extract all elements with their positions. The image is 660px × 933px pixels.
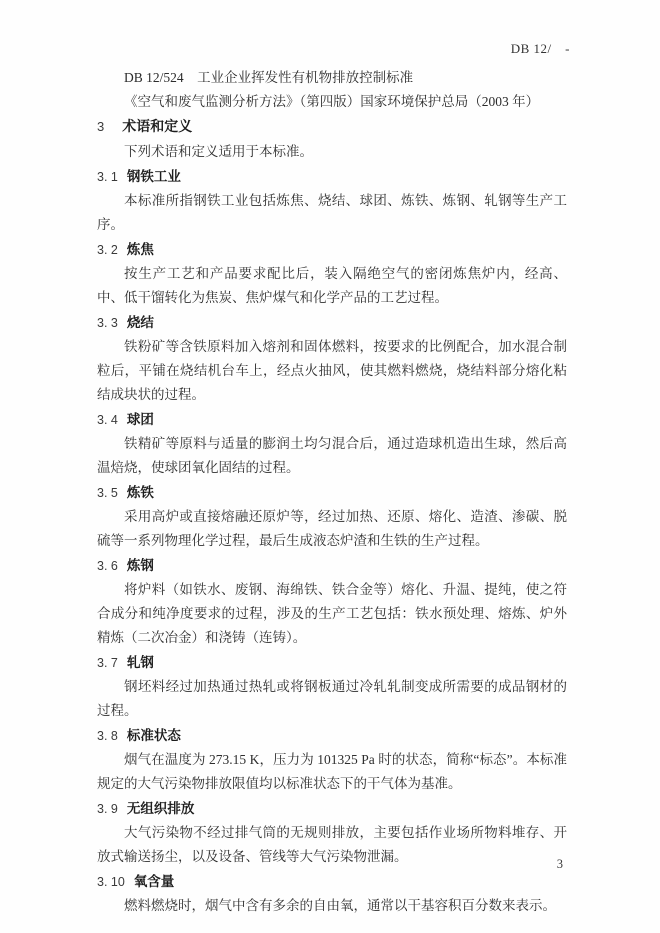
section-body: 燃料燃烧时，烟气中含有多余的自由氧，通常以干基容积百分数来表示。 [97,894,567,918]
reference-line: DB 12/524 工业企业挥发性有机物排放控制标准 [97,66,567,90]
section-heading: 3. 4球团 [97,408,567,432]
document-content: DB 12/524 工业企业挥发性有机物排放控制标准 《空气和废气监测分析方法》… [97,66,567,918]
section-title: 烧结 [127,315,154,330]
page-number: 3 [557,857,563,872]
chapter-number: 3 [97,119,104,134]
document-page: DB 12/ - DB 12/524 工业企业挥发性有机物排放控制标准 《空气和… [0,0,660,933]
section-number: 3. 4 [97,413,118,427]
term-section: 3. 10氧含量 燃料燃烧时，烟气中含有多余的自由氧，通常以干基容积百分数来表示… [97,870,567,918]
term-section: 3. 4球团 铁精矿等原料与适量的膨润土均匀混合后，通过造球机造出生球，然后高温… [97,408,567,480]
section-title: 标准状态 [127,728,181,743]
section-body: 大气污染物不经过排气筒的无规则排放，主要包括作业场所物料堆存、开放式输送扬尘，以… [97,821,567,869]
term-section: 3. 1钢铁工业 本标准所指钢铁工业包括炼焦、烧结、球团、炼铁、炼钢、轧钢等生产… [97,165,567,237]
term-section: 3. 3烧结 铁粉矿等含铁原料加入熔剂和固体燃料，按要求的比例配合，加水混合制粒… [97,311,567,407]
section-title: 炼铁 [127,485,154,500]
section-heading: 3. 2炼焦 [97,238,567,262]
section-body: 铁精矿等原料与适量的膨润土均匀混合后，通过造球机造出生球，然后高温焙烧，使球团氧… [97,432,567,480]
term-section: 3. 9无组织排放 大气污染物不经过排气筒的无规则排放，主要包括作业场所物料堆存… [97,797,567,869]
section-body: 铁粉矿等含铁原料加入熔剂和固体燃料，按要求的比例配合，加水混合制粒后，平铺在烧结… [97,335,567,407]
term-section: 3. 7轧钢 钢坯料经过加热通过热轧或将钢板通过冷轧轧制变成所需要的成品钢材的过… [97,651,567,723]
section-body: 本标准所指钢铁工业包括炼焦、烧结、球团、炼铁、炼钢、轧钢等生产工序。 [97,189,567,237]
section-heading: 3. 9无组织排放 [97,797,567,821]
section-number: 3. 10 [97,875,125,889]
section-number: 3. 2 [97,243,118,257]
section-heading: 3. 6炼钢 [97,554,567,578]
section-body: 钢坯料经过加热通过热轧或将钢板通过冷轧轧制变成所需要的成品钢材的过程。 [97,675,567,723]
section-title: 炼钢 [127,558,154,573]
section-heading: 3. 10氧含量 [97,870,567,894]
chapter-heading: 3术语和定义 [97,115,567,140]
term-section: 3. 2炼焦 按生产工艺和产品要求配比后，装入隔绝空气的密闭炼焦炉内，经高、中、… [97,238,567,310]
section-title: 炼焦 [127,242,154,257]
section-number: 3. 8 [97,729,118,743]
term-section: 3. 5炼铁 采用高炉或直接熔融还原炉等，经过加热、还原、熔化、造渣、渗碳、脱硫… [97,481,567,553]
term-section: 3. 6炼钢 将炉料（如铁水、废钢、海绵铁、铁合金等）熔化、升温、提纯，使之符合… [97,554,567,650]
section-number: 3. 7 [97,656,118,670]
section-body: 将炉料（如铁水、废钢、海绵铁、铁合金等）熔化、升温、提纯，使之符合成分和纯净度要… [97,578,567,650]
section-heading: 3. 7轧钢 [97,651,567,675]
section-heading: 3. 8标准状态 [97,724,567,748]
section-body: 烟气在温度为 273.15 K，压力为 101325 Pa 时的状态，简称“标态… [97,748,567,796]
section-body: 按生产工艺和产品要求配比后，装入隔绝空气的密闭炼焦炉内，经高、中、低干馏转化为焦… [97,262,567,310]
section-number: 3. 1 [97,170,118,184]
section-number: 3. 9 [97,802,118,816]
section-title: 氧含量 [134,874,175,889]
reference-line: 《空气和废气监测分析方法》（第四版）国家环境保护总局（2003 年） [97,90,567,114]
term-section: 3. 8标准状态 烟气在温度为 273.15 K，压力为 101325 Pa 时… [97,724,567,796]
section-heading: 3. 5炼铁 [97,481,567,505]
section-heading: 3. 3烧结 [97,311,567,335]
intro-paragraph: 下列术语和定义适用于本标准。 [97,140,567,164]
section-title: 无组织排放 [127,801,195,816]
section-title: 球团 [127,412,154,427]
standard-code-header: DB 12/ - [511,38,570,57]
section-heading: 3. 1钢铁工业 [97,165,567,189]
section-title: 轧钢 [127,655,154,670]
section-title: 钢铁工业 [127,169,181,184]
section-number: 3. 3 [97,316,118,330]
section-number: 3. 6 [97,559,118,573]
chapter-title: 术语和定义 [122,120,192,135]
section-number: 3. 5 [97,486,118,500]
section-body: 采用高炉或直接熔融还原炉等，经过加热、还原、熔化、造渣、渗碳、脱硫等一系列物理化… [97,505,567,553]
